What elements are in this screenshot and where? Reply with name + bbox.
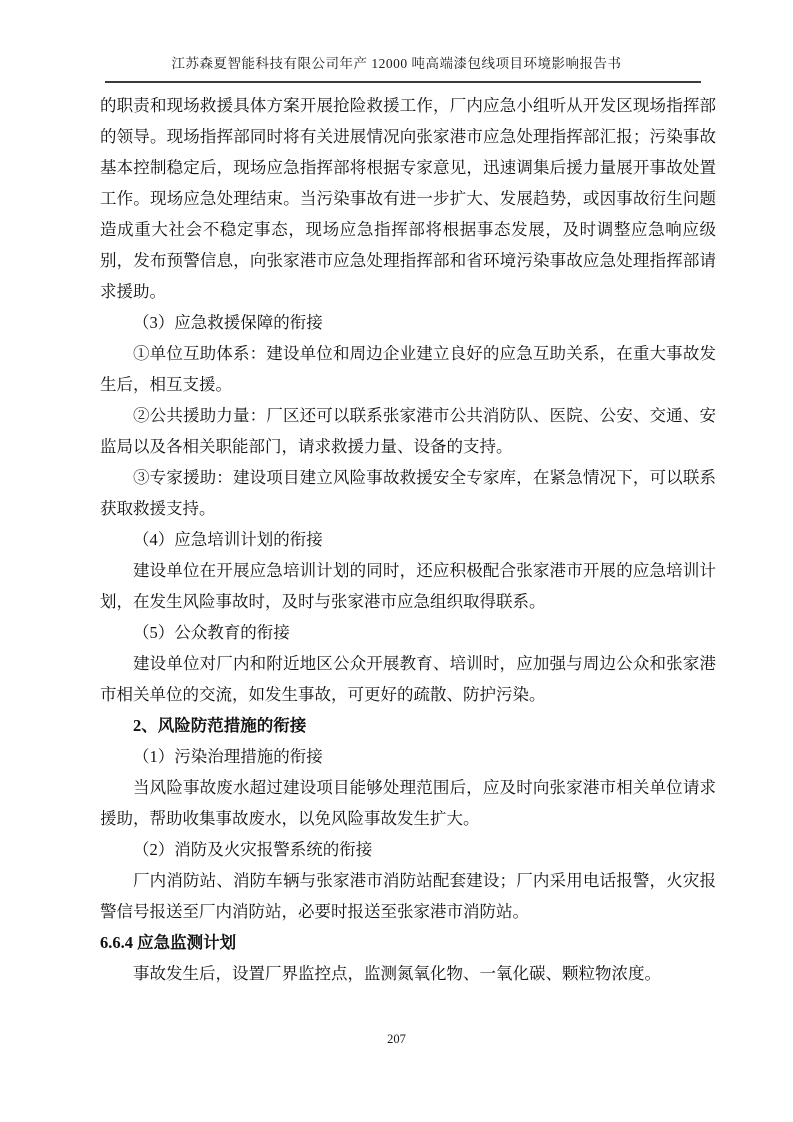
paragraph: 建设单位在开展应急培训计划的同时，还应积极配合张家港市开展的应急培训计划，在发生… [100, 555, 716, 617]
paragraph-item-2: ②公共援助力量：厂区还可以联系张家港市公共消防队、医院、公安、交通、安监局以及各… [100, 400, 716, 462]
document-page: 江苏森夏智能科技有限公司年产 12000 吨高端漆包线项目环境影响报告书 的职责… [0, 0, 793, 1122]
paragraph-item-3: ③专家援助：建设项目建立风险事故救援安全专家库，在紧急情况下，可以联系获取救援支… [100, 462, 716, 524]
subsection-label-5: （5）公众教育的衔接 [100, 617, 716, 648]
paragraph: 建设单位对厂内和附近地区公众开展教育、培训时，应加强与周边公众和张家港市相关单位… [100, 648, 716, 710]
header-rule [105, 81, 701, 83]
paragraph: 厂内消防站、消防车辆与张家港市消防站配套建设；厂内采用电话报警，火灾报警信号报送… [100, 865, 716, 927]
subsection-label-2: （2）消防及火灾报警系统的衔接 [100, 834, 716, 865]
paragraph-continuation: 的职责和现场救援具体方案开展抢险救援工作，厂内应急小组听从开发区现场指挥部的领导… [100, 90, 716, 307]
subsection-label-4: （4）应急培训计划的衔接 [100, 524, 716, 555]
section-heading-6-6-4: 6.6.4 应急监测计划 [100, 927, 716, 958]
paragraph: 当风险事故废水超过建设项目能够处理范围后，应及时向张家港市相关单位请求援助，帮助… [100, 772, 716, 834]
header-title: 江苏森夏智能科技有限公司年产 12000 吨高端漆包线项目环境影响报告书 [0, 54, 793, 74]
subsection-label-3: （3）应急救援保障的衔接 [100, 307, 716, 338]
subsection-label-1: （1）污染治理措施的衔接 [100, 741, 716, 772]
paragraph-item-1: ①单位互助体系：建设单位和周边企业建立良好的应急互助关系，在重大事故发生后，相互… [100, 338, 716, 400]
page-number: 207 [387, 1032, 406, 1046]
document-body: 的职责和现场救援具体方案开展抢险救援工作，厂内应急小组听从开发区现场指挥部的领导… [100, 90, 716, 989]
paragraph: 事故发生后，设置厂界监控点，监测氮氧化物、一氧化碳、颗粒物浓度。 [100, 958, 716, 989]
page-header: 江苏森夏智能科技有限公司年产 12000 吨高端漆包线项目环境影响报告书 [0, 54, 793, 74]
section-heading-risk-measures: 2、风险防范措施的衔接 [100, 710, 716, 741]
page-footer: 207 [0, 1030, 793, 1048]
